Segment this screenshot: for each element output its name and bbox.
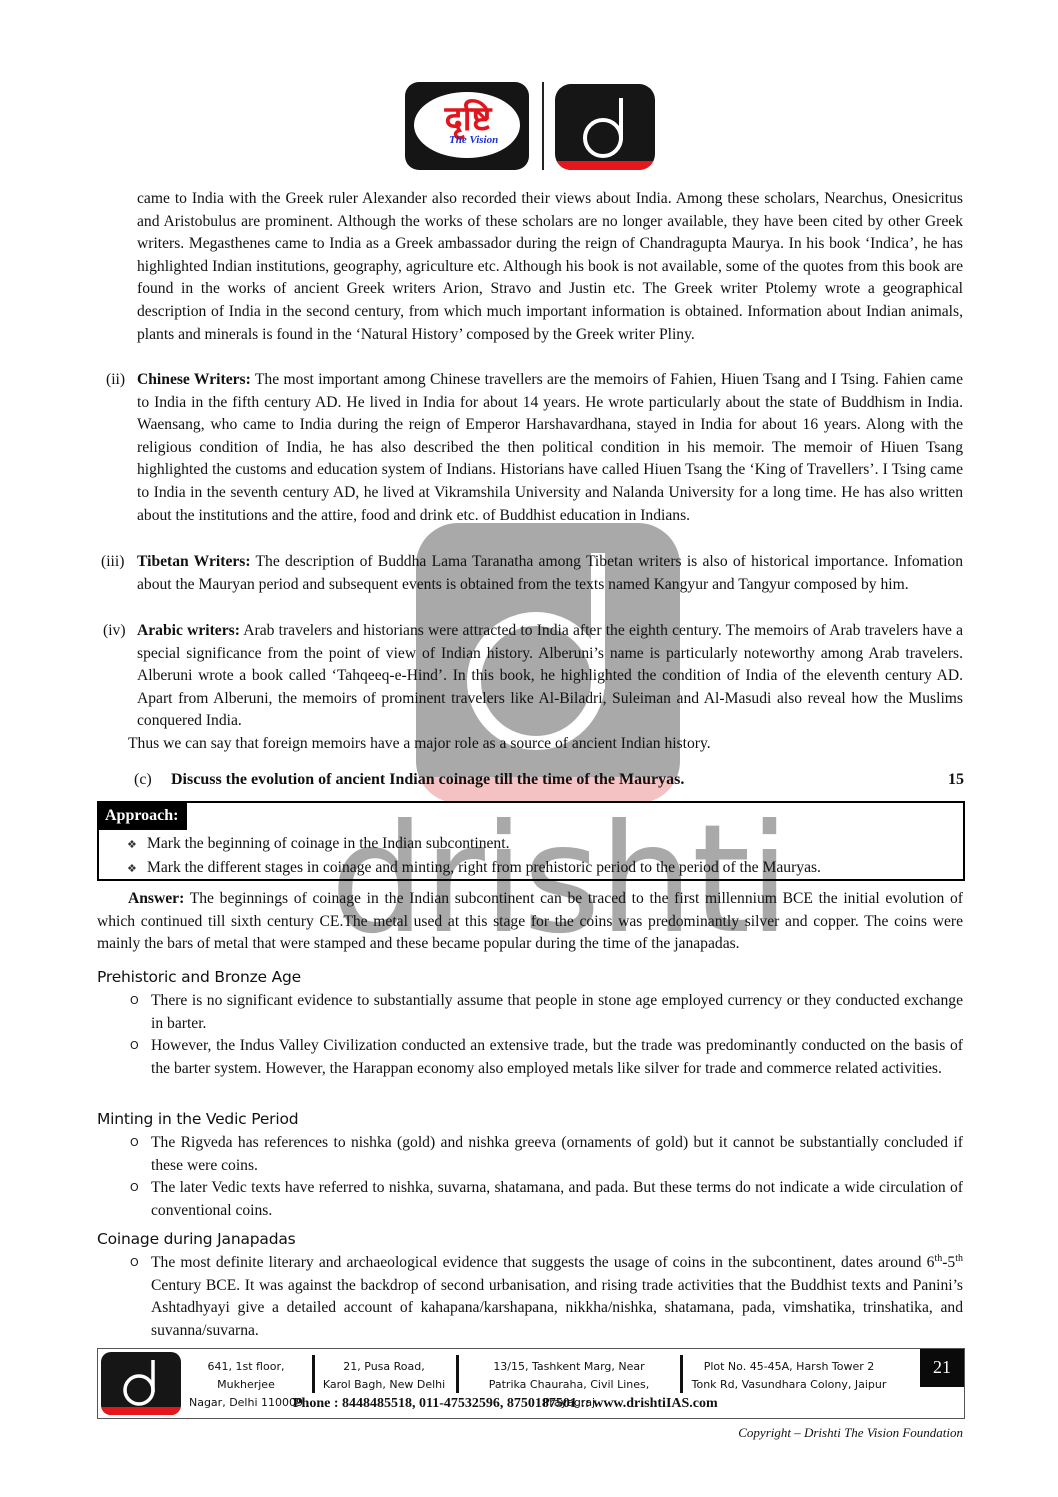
copyright-text: Copyright – Drishti The Vision Foundatio… <box>738 1425 963 1441</box>
circle-bullet-icon: O <box>130 1252 139 1275</box>
list-number: (iii) <box>101 551 124 574</box>
list-item-arabic-writers: Arabic writers: Arab travelers and histo… <box>137 620 963 733</box>
page-footer: 641, 1st floor, Mukherjee Nagar, Delhi 1… <box>97 1348 965 1419</box>
address-divider <box>456 1355 459 1393</box>
approach-box: Approach: ❖Mark the beginning of coinage… <box>97 801 965 881</box>
address-jaipur: Plot No. 45-45A, Harsh Tower 2 Tonk Rd, … <box>686 1358 892 1394</box>
circle-bullet-icon: O <box>130 1177 139 1200</box>
item-title: Chinese Writers: <box>137 371 251 388</box>
item-text: The most important among Chinese travell… <box>137 371 963 524</box>
answer-label: Answer: <box>128 890 184 907</box>
drishti-logo: दृष्टि The Vision <box>405 82 529 170</box>
list-item: There is no significant evidence to subs… <box>151 990 963 1035</box>
list-item: However, the Indus Valley Civilization c… <box>151 1035 963 1080</box>
page-number: 21 <box>920 1349 964 1387</box>
address-mukherjee-nagar: 641, 1st floor, Mukherjee Nagar, Delhi 1… <box>184 1358 308 1412</box>
approach-item: ❖Mark the beginning of coinage in the In… <box>127 833 509 856</box>
address-divider <box>312 1355 315 1393</box>
list-item-tibetan-writers: Tibetan Writers: The description of Budd… <box>137 551 963 596</box>
item-text: Arab travelers and historians were attra… <box>137 622 963 729</box>
answer-text: The beginnings of coinage in the Indian … <box>97 890 963 952</box>
conclusion-text: Thus we can say that foreign memoirs hav… <box>128 733 963 756</box>
logo-tagline: The Vision <box>449 134 498 146</box>
question-number: (c) <box>134 771 152 788</box>
circle-bullet-icon: O <box>130 1132 139 1155</box>
diamond-bullet-icon: ❖ <box>127 834 147 856</box>
address-divider <box>680 1355 683 1393</box>
item-title: Arabic writers: <box>137 622 240 639</box>
circle-bullet-icon: O <box>130 990 139 1013</box>
question-text: Discuss the evolution of ancient Indian … <box>171 769 684 791</box>
d-logo-icon <box>555 84 655 170</box>
list-number: (iv) <box>103 620 126 643</box>
header-logos: दृष्टि The Vision <box>405 82 655 170</box>
list-item: The later Vedic texts have referred to n… <box>151 1177 963 1222</box>
list-number: (ii) <box>106 369 125 392</box>
approach-item: ❖Mark the different stages in coinage an… <box>127 857 821 880</box>
list-item-chinese-writers: Chinese Writers: The most important amon… <box>137 369 963 527</box>
question-heading: (c) Discuss the evolution of ancient Ind… <box>134 769 964 791</box>
question-marks: 15 <box>948 769 964 791</box>
logo-divider <box>542 82 544 170</box>
circle-bullet-icon: O <box>130 1035 139 1058</box>
section-heading: Coinage during Janapadas <box>97 1228 296 1250</box>
list-item: The most definite literary and archaeolo… <box>151 1252 963 1342</box>
section-heading: Prehistoric and Bronze Age <box>97 966 301 988</box>
footer-d-logo-icon <box>101 1352 181 1415</box>
item-title: Tibetan Writers: <box>137 553 251 570</box>
answer-paragraph: Answer: The beginnings of coinage in the… <box>97 888 963 956</box>
continuation-paragraph: came to India with the Greek ruler Alexa… <box>137 188 963 346</box>
list-item: The Rigveda has references to nishka (go… <box>151 1132 963 1177</box>
contact-phone-website: Phone : 8448485518, 011-47532596, 875018… <box>293 1395 718 1413</box>
diamond-bullet-icon: ❖ <box>127 858 147 880</box>
approach-label: Approach: <box>99 803 187 830</box>
address-karol-bagh: 21, Pusa Road, Karol Bagh, New Delhi <box>320 1358 448 1394</box>
item-text: The description of Buddha Lama Taranatha… <box>137 553 963 593</box>
section-heading: Minting in the Vedic Period <box>97 1108 298 1130</box>
